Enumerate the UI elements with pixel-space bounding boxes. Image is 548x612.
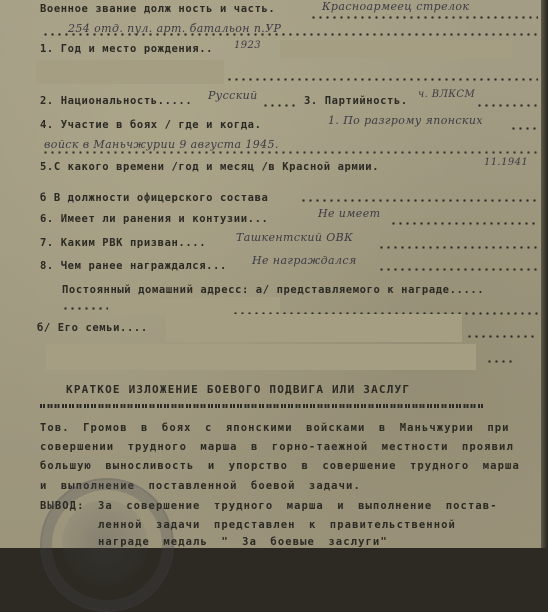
fill-dots [62, 307, 108, 310]
redacted-block [280, 40, 512, 58]
fill-dots [42, 33, 538, 36]
summary-line: Тов. Громов в боях с японскими войсками … [40, 422, 510, 434]
service-since-label: 5.С какого времени /год и месяц /в Красн… [40, 161, 379, 173]
party-value: ч. ВЛКСМ [418, 89, 475, 100]
rvk-label: 7. Каким РВК призван.... [40, 237, 206, 249]
battles-value-line1: 1. По разгрому японских [328, 114, 483, 127]
redacted-block [46, 344, 476, 370]
rvk-value: Ташкентский ОВК [236, 231, 353, 244]
nationality-value: Русский [208, 89, 258, 102]
scanned-document-page: Военное звание долж ность и часть. Красн… [0, 0, 541, 548]
battles-label: 4. Участие в боях / где и когда. [40, 119, 262, 131]
conclusion-line: награде медаль " За боевые заслуги" [98, 536, 388, 548]
redacted-block [36, 60, 224, 84]
rank-unit-label: Военное звание долж ность и часть. [40, 3, 275, 15]
summary-line: большую выносливость и упорство в соверш… [40, 460, 520, 472]
conclusion-label: ВЫВОД: [40, 500, 85, 512]
summary-line: совершении трудного марша в горно-таежно… [40, 441, 514, 453]
summary-heading: КРАТКОЕ ИЗЛОЖЕНИЕ БОЕВОГО ПОДВИГА ИЛИ ЗА… [66, 383, 410, 396]
wounds-label: 6. Имеет ли ранения и контузии... [40, 213, 268, 225]
fill-dots [310, 16, 538, 19]
fill-dots [300, 199, 538, 202]
rank-unit-value-line1: Красноармеец стрелок [322, 0, 469, 13]
officer-position-label: б В должности офицерского состава [40, 192, 268, 204]
birth-label: 1. Год и место рождения.. [40, 43, 213, 55]
redacted-block [166, 314, 462, 342]
conclusion-line: За совершение трудного марша и выполнени… [98, 500, 498, 512]
fill-dots [226, 78, 538, 81]
fill-dots [390, 222, 538, 225]
fill-dots [262, 104, 298, 107]
conclusion-line: ленной задачи представлен к правительств… [98, 519, 456, 531]
fill-dots [510, 127, 538, 130]
address-representee-label: Постоянный домашний адресс: а/ представл… [62, 284, 484, 296]
previous-awards-value: Не награждался [252, 254, 357, 267]
party-label: 3. Партийность. [304, 95, 408, 107]
wounds-value: Не имеет [318, 207, 380, 220]
fill-dots [466, 335, 538, 338]
service-since-value: 11.1941 [484, 157, 528, 168]
fill-dots [378, 268, 538, 271]
address-family-label: б/ Его семьи.... [37, 322, 148, 334]
fill-dots [486, 360, 512, 363]
scan-edge-shadow [541, 0, 548, 548]
fill-dots [476, 104, 538, 107]
nationality-label: 2. Национальность..... [40, 95, 192, 107]
heading-underline [40, 404, 484, 408]
fill-dots [42, 151, 538, 154]
birth-year-value: 1923 [234, 40, 261, 51]
previous-awards-label: 8. Чем ранее награждался... [40, 260, 227, 272]
battles-value-line2: войск в Маньчжурии 9 августа 1945. [44, 138, 279, 151]
fill-dots [378, 246, 538, 249]
